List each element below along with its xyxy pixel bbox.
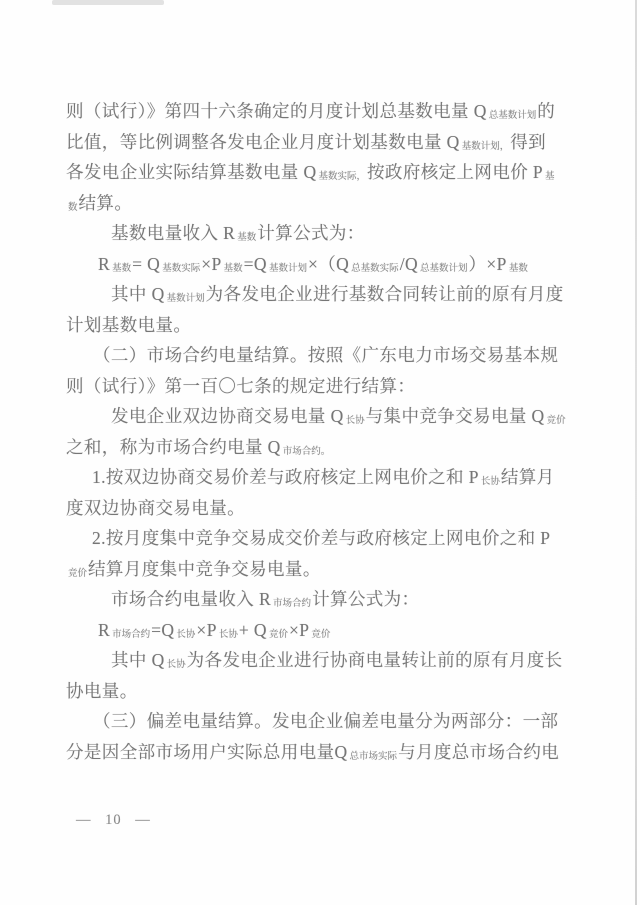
text-segment: 计算公式为：	[312, 589, 419, 609]
text-segment: 则（试行）》第四十六条确定的月度计划总基数电量 Q	[66, 101, 487, 121]
text-segment: 之和，称为市场合约电量 Q	[66, 437, 281, 457]
text-line: （三）偏差电量结算。发电企业偏差电量分为两部分：一部	[66, 706, 578, 737]
text-segment: 按政府核定上网电价 P	[367, 162, 543, 182]
text-segment: 结算月	[501, 467, 555, 487]
text-segment: 为各发电企业进行协商电量转让前的原有月度长	[187, 650, 563, 670]
text-segment: 结算。	[79, 193, 133, 213]
subscript-text: 总基数计划	[489, 111, 537, 121]
text-line: 其中 Q长协为各发电企业进行协商电量转让前的原有月度长	[66, 645, 578, 676]
text-line: 各发电企业实际结算基数电量 Q基数实际，按政府核定上网电价 P基	[66, 157, 578, 188]
text-line: 之和，称为市场合约电量 Q市场合约。	[66, 432, 578, 463]
text-segment: 度双边协商交易电量。	[66, 498, 245, 518]
text-segment: ）×P	[469, 254, 507, 274]
text-segment: =Q	[244, 254, 267, 274]
subscript-text: 数	[68, 203, 78, 213]
subscript-text: 竞价	[311, 630, 330, 640]
subscript-text: 基数	[224, 264, 243, 274]
formula-line: R市场合约=Q长协×P长协+ Q竞价×P竞价	[66, 615, 578, 646]
text-segment: 协电量。	[66, 681, 138, 701]
subscript-text: 基数计划，	[462, 142, 510, 152]
text-line: 比值，等比例调整各发电企业月度计划基数电量 Q基数计划，得到	[66, 127, 578, 158]
text-line: （二）市场合约电量结算。按照《广东电力市场交易基本规	[66, 340, 578, 371]
text-segment: + Q	[239, 620, 267, 640]
text-segment: ×P	[196, 620, 216, 640]
scan-artifact-smudge	[52, 0, 164, 5]
text-segment: 各发电企业实际结算基数电量 Q	[66, 162, 317, 182]
text-line: 度双边协商交易电量。	[66, 493, 578, 524]
text-segment: 2.按月度集中竞争交易成交价差与政府核定上网电价之和 P	[92, 528, 550, 548]
text-segment: /Q	[400, 254, 418, 274]
subscript-text: 市场合约	[112, 630, 150, 640]
text-segment: 与月度总市场合约电	[398, 742, 559, 762]
text-segment: ×P	[201, 254, 221, 274]
formula-line: R基数= Q基数实际×P基数=Q基数计划×（Q总基数实际/Q总基数计划）×P基数	[66, 249, 578, 280]
subscript-text: 长协	[219, 630, 238, 640]
text-line: 计划基数电量。	[66, 310, 578, 341]
text-segment: 分是因全部市场用户实际总用电量Q	[66, 742, 348, 762]
subscript-text: 竞价	[547, 416, 566, 426]
text-segment: ×（Q	[308, 254, 349, 274]
text-line: 数结算。	[66, 188, 578, 219]
text-segment: 其中 Q	[111, 284, 165, 304]
text-line: 发电企业双边协商交易电量 Q长协与集中竞争交易电量 Q竞价	[66, 401, 578, 432]
text-segment: （二）市场合约电量结算。按照《广东电力市场交易基本规	[93, 345, 558, 365]
subscript-text: 长协	[167, 660, 186, 670]
text-segment: 发电企业双边协商交易电量 Q	[111, 406, 344, 426]
scan-artifact-edge-line	[635, 0, 637, 905]
text-line: 基数电量收入 R基数计算公式为：	[66, 218, 578, 249]
subscript-text: 竞价	[269, 630, 288, 640]
subscript-text: 长协	[481, 477, 500, 487]
text-segment: 其中 Q	[111, 650, 165, 670]
subscript-text: 基数实际	[162, 264, 200, 274]
text-segment: 1.按双边协商交易价差与政府核定上网电价之和 P	[92, 467, 479, 487]
subscript-text: 基	[545, 172, 555, 182]
text-segment: 比值，等比例调整各发电企业月度计划基数电量 Q	[66, 132, 460, 152]
subscript-text: 市场合约	[273, 599, 311, 609]
text-segment: 计划基数电量。	[66, 315, 191, 335]
text-segment: 与集中竞争交易电量 Q	[366, 406, 545, 426]
text-segment: 则（试行）》第一百〇七条的规定进行结算：	[66, 376, 415, 396]
text-segment: 市场合约电量收入 R	[111, 589, 271, 609]
text-segment: 基数电量收入 R	[111, 223, 235, 243]
text-line: 市场合约电量收入 R市场合约计算公式为：	[66, 584, 578, 615]
subscript-text: 总市场实际	[350, 752, 398, 762]
text-line: 2.按月度集中竞争交易成交价差与政府核定上网电价之和 P	[66, 523, 578, 554]
subscript-text: 基数计划	[269, 264, 307, 274]
subscript-text: 基数	[237, 233, 256, 243]
text-segment: = Q	[132, 254, 160, 274]
text-line: 则（试行）》第一百〇七条的规定进行结算：	[66, 371, 578, 402]
subscript-text: 基数	[509, 264, 528, 274]
subscript-text: 长协	[176, 630, 195, 640]
text-line: 其中 Q基数计划为各发电企业进行基数合同转让前的原有月度	[66, 279, 578, 310]
text-segment: （三）偏差电量结算。发电企业偏差电量分为两部分：一部	[93, 711, 558, 731]
text-segment: 的	[537, 101, 555, 121]
subscript-text: 总基数计划	[420, 264, 468, 274]
text-line: 分是因全部市场用户实际总用电量Q总市场实际与月度总市场合约电	[66, 737, 578, 768]
text-segment: =Q	[151, 620, 174, 640]
page-number: — 10 —	[76, 812, 151, 829]
text-segment: R	[98, 620, 110, 640]
subscript-text: 基数	[112, 264, 131, 274]
text-segment: 得到	[510, 132, 546, 152]
subscript-text: 长协	[346, 416, 365, 426]
subscript-text: 总基数实际	[351, 264, 399, 274]
text-segment: ×P	[289, 620, 309, 640]
subscript-text: 竞价	[68, 569, 87, 579]
subscript-text: 基数计划	[167, 294, 205, 304]
document-body: 则（试行）》第四十六条确定的月度计划总基数电量 Q总基数计划的 比值，等比例调整…	[66, 96, 578, 767]
text-segment: 为各发电企业进行基数合同转让前的原有月度	[206, 284, 564, 304]
subscript-text: 基数实际，	[319, 172, 367, 182]
subscript-text: 市场合约。	[283, 447, 331, 457]
scanned-document-page: 则（试行）》第四十六条确定的月度计划总基数电量 Q总基数计划的 比值，等比例调整…	[0, 0, 640, 905]
text-line: 则（试行）》第四十六条确定的月度计划总基数电量 Q总基数计划的	[66, 96, 578, 127]
text-segment: R	[98, 254, 110, 274]
text-segment: 计算公式为：	[257, 223, 364, 243]
text-line: 协电量。	[66, 676, 578, 707]
text-line: 1.按双边协商交易价差与政府核定上网电价之和 P长协结算月	[66, 462, 578, 493]
text-segment: 结算月度集中竞争交易电量。	[88, 559, 321, 579]
text-line: 竞价结算月度集中竞争交易电量。	[66, 554, 578, 585]
